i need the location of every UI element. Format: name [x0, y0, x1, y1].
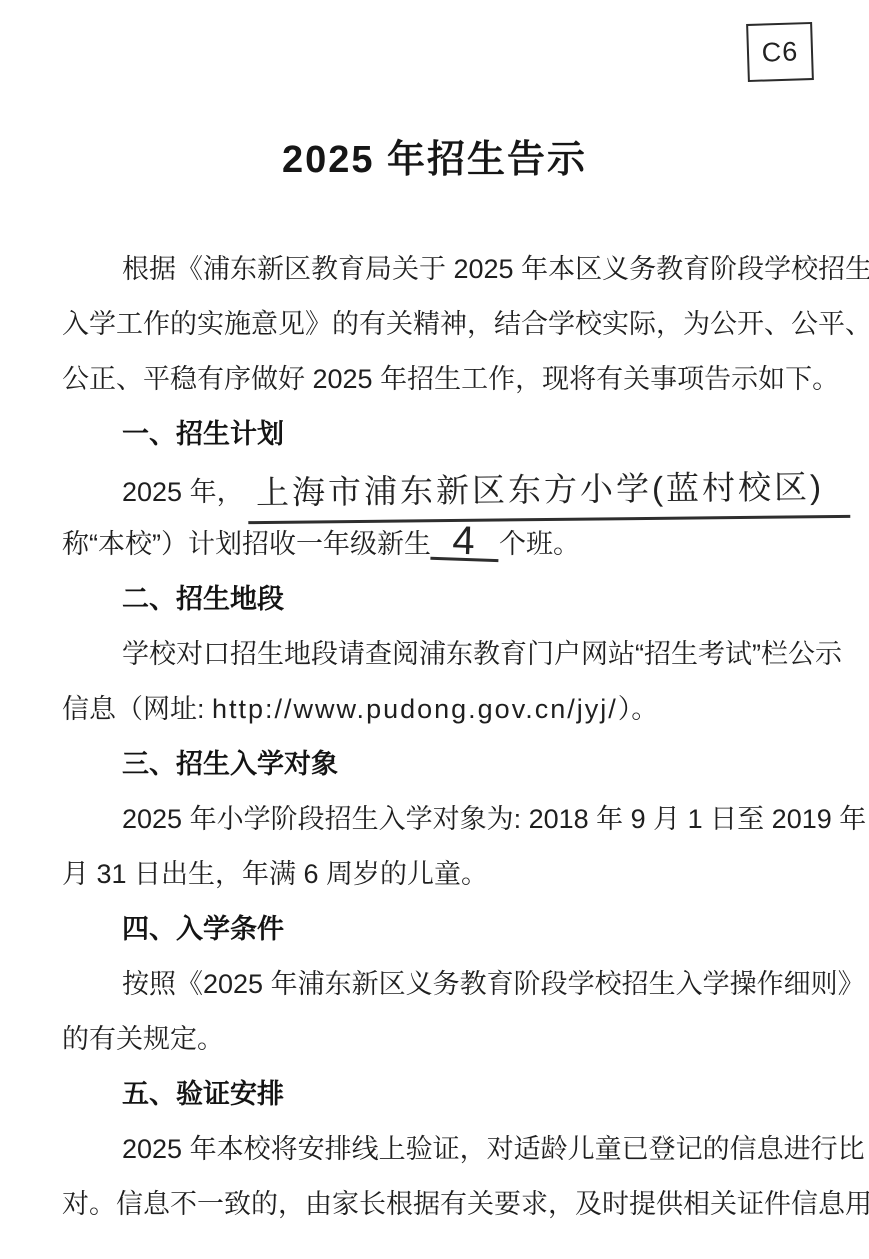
intro-line-1: 根据《浦东新区教育局关于 2025 年本区义务教育阶段学校招生 — [62, 242, 831, 297]
section-heading-enrollment-area: 二、招生地段 — [62, 572, 831, 627]
class-count-handwritten: 4 — [430, 523, 499, 562]
scanned-document-page: C6 2025 年招生告示 根据《浦东新区教育局关于 2025 年本区义务教育阶… — [0, 0, 869, 1259]
enrollment-plan-line-2-prefix: 称“本校”）计划招收一年级新生 — [62, 529, 431, 559]
page-corner-label-box: C6 — [746, 22, 814, 82]
verification-line-1: 2025 年本校将安排线上验证，对适龄儿童已登记的信息进行比 — [62, 1122, 831, 1177]
document-title: 2025 年招生告示 — [0, 141, 869, 179]
enrollment-area-line-2-suffix: ）。 — [618, 694, 659, 724]
admission-conditions-line-2: 的有关规定。 — [62, 1012, 831, 1067]
section-heading-enrollment-targets: 三、招生入学对象 — [62, 737, 831, 792]
enrollment-area-line-1: 学校对口招生地段请查阅浦东教育门户网站“招生考试”栏公示 — [62, 627, 831, 682]
enrollment-targets-line-1: 2025 年小学阶段招生入学对象为: 2018 年 9 月 1 日至 2019 … — [62, 792, 831, 847]
enrollment-targets-line-2: 月 31 日出生，年满 6 周岁的儿童。 — [62, 847, 831, 902]
enrollment-plan-line-2-suffix: 个班。 — [499, 529, 580, 559]
enrollment-area-line-2-prefix: 信息（网址: — [62, 694, 212, 724]
school-name-handwritten: 上海市浦东新区东方小学(蓝村校区) — [247, 459, 850, 524]
section-heading-verification: 五、验证安排 — [62, 1067, 831, 1122]
admission-conditions-line-1: 按照《2025 年浦东新区义务教育阶段学校招生入学操作细则》 — [62, 957, 831, 1012]
intro-line-3: 公正、平稳有序做好 2025 年招生工作，现将有关事项告示如下。 — [62, 352, 831, 407]
enrollment-plan-line-1: 2025 年，上海市浦东新区东方小学(蓝村校区)（以下简 — [62, 462, 831, 517]
intro-line-2: 入学工作的实施意见》的有关精神，结合学校实际，为公开、公平、 — [62, 297, 831, 352]
page-corner-label: C6 — [761, 36, 798, 68]
enrollment-plan-line-2: 称“本校”）计划招收一年级新生4个班。 — [62, 517, 831, 572]
verification-line-2: 对。信息不一致的，由家长根据有关要求，及时提供相关证件信息用 — [62, 1177, 831, 1232]
enrollment-area-url: http://www.pudong.gov.cn/jyj/ — [212, 694, 618, 724]
section-heading-enrollment-plan: 一、招生计划 — [62, 407, 831, 462]
section-heading-admission-conditions: 四、入学条件 — [62, 902, 831, 957]
document-body: 根据《浦东新区教育局关于 2025 年本区义务教育阶段学校招生 入学工作的实施意… — [62, 242, 831, 1232]
enrollment-plan-line-1-suffix: （以下简 — [862, 477, 869, 507]
enrollment-area-line-2: 信息（网址: http://www.pudong.gov.cn/jyj/）。 — [62, 682, 831, 737]
enrollment-plan-line-1-prefix: 2025 年， — [122, 477, 244, 507]
